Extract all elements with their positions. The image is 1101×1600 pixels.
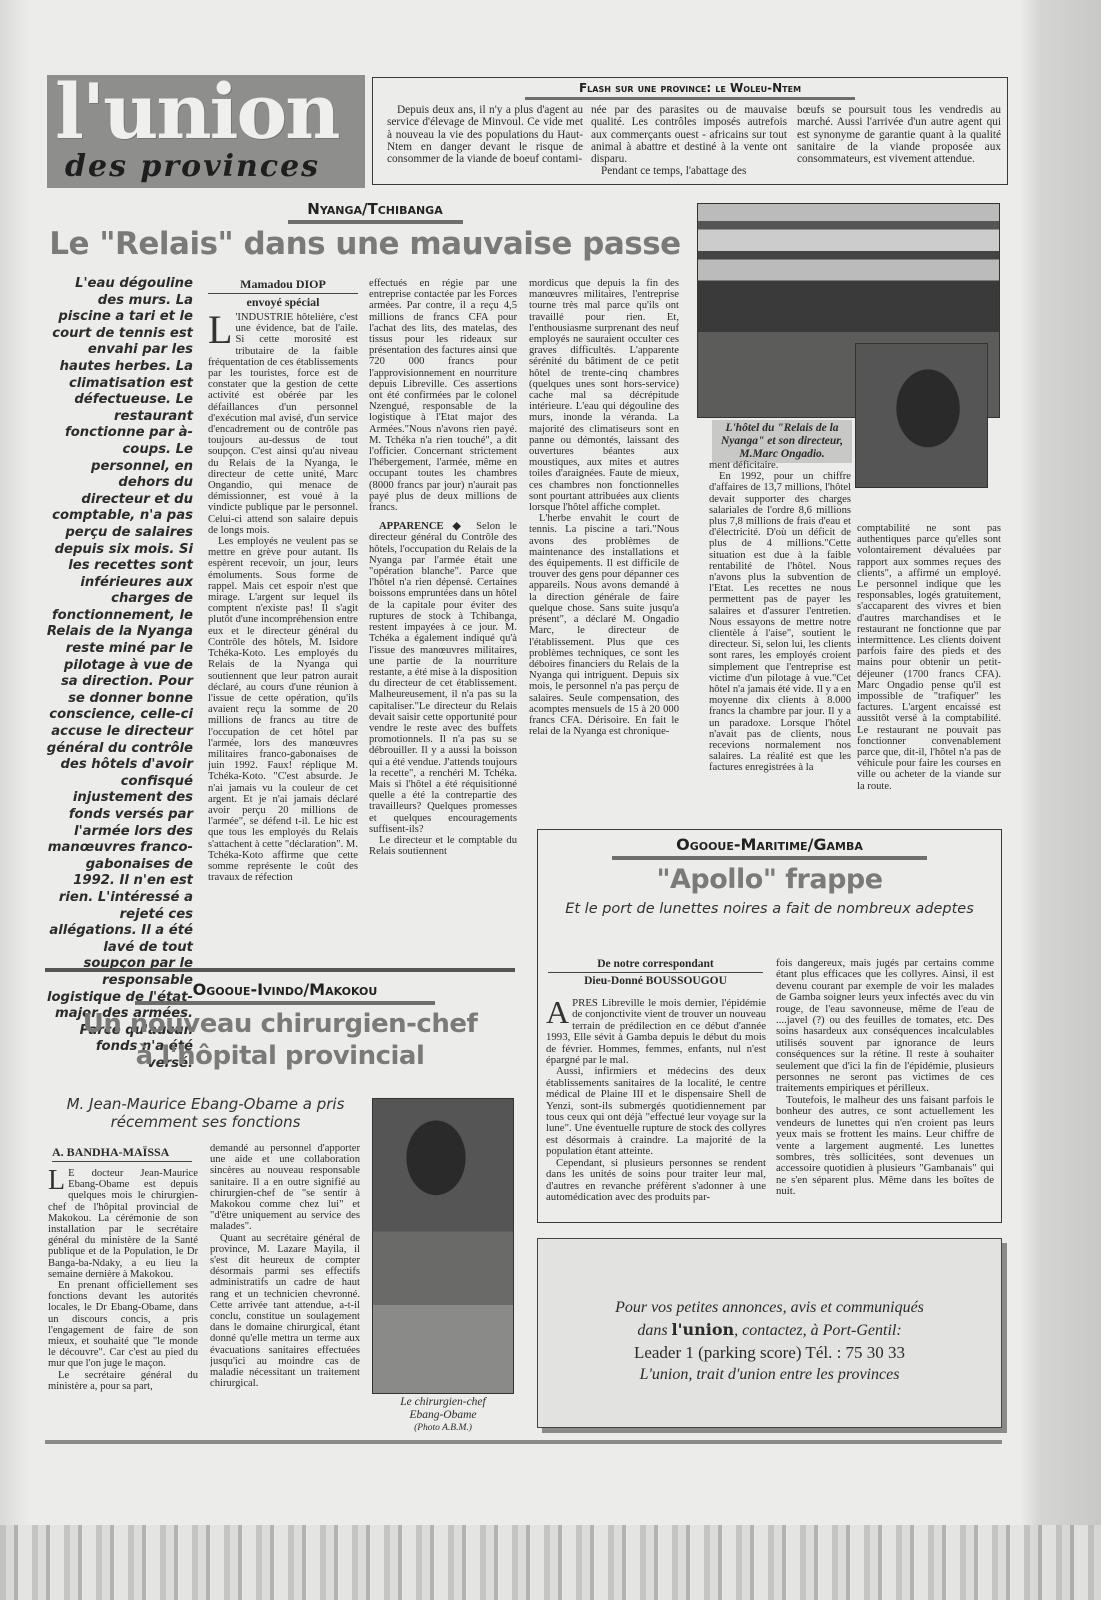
masthead-logo: l'union des provinces xyxy=(47,75,365,188)
relais-column-1: L'INDUSTRIE hôtelière, c'est une évidenc… xyxy=(208,312,358,964)
director-portrait xyxy=(855,343,988,488)
relais-headline: Le "Relais" dans une mauvaise passe xyxy=(40,226,690,262)
flash-column-2: née par des parasites ou de mauvaise qua… xyxy=(591,104,787,182)
flash-column-1: Depuis deux ans, il n'y a plus d'agent a… xyxy=(387,104,583,182)
scan-edge-artifact xyxy=(0,1525,1101,1600)
apollo-kicker: Ogooue-Maritime/Gamba xyxy=(538,835,1001,854)
apollo-byline: De notre correspondant Dieu-Donné BOUSSO… xyxy=(548,958,763,987)
advert-contact: Leader 1 (parking score) Tél. : 75 30 33 xyxy=(538,1343,1001,1363)
relais-column-3: mordicus que depuis la fin des manœuvres… xyxy=(529,278,679,808)
byline-rule xyxy=(548,972,763,973)
apollo-column-1: APRES Libreville le mois dernier, l'épid… xyxy=(546,998,766,1218)
dropcap-l: L xyxy=(208,314,232,346)
relais-author-role: envoyé spécial xyxy=(208,295,358,310)
relais-column-2: effectués en régie par une entreprise co… xyxy=(369,278,517,964)
apollo-headline: "Apollo" frappe xyxy=(538,864,1001,895)
flash-column-3: bœufs se poursuit tous les vendredis au … xyxy=(797,104,1001,182)
flash-kicker: Flash sur une province: le Woleu-Ntem xyxy=(373,81,1007,95)
makokou-headline-line2: à l'hôpital provincial xyxy=(45,1040,515,1072)
advert-slogan: L'union, trait d'union entre les provinc… xyxy=(538,1366,1001,1384)
relais-column-4: ment déficitaire. En 1992, pour un chiff… xyxy=(709,460,851,808)
makokou-headline-line1: Un nouveau chirurgien-chef xyxy=(45,1008,515,1040)
photo-credit: (Photo A.B.M.) xyxy=(372,1422,514,1435)
surgeon-photo-caption: Le chirurgien-chef Ebang-Obame (Photo A.… xyxy=(372,1396,514,1435)
byline-rule xyxy=(208,293,358,294)
relais-photo-caption: L'hôtel du "Relais de la Nyanga" et son … xyxy=(712,420,852,463)
advert-line-2: dans l'union, contactez, à Port-Gentil: xyxy=(538,1320,1001,1340)
apollo-author: Dieu-Donné BOUSSOUGOU xyxy=(548,975,763,987)
makokou-author: A. BANDHA-MAÏSSA xyxy=(52,1145,202,1160)
flash-kicker-bar xyxy=(525,97,855,100)
makokou-column-2: demandé au personnel d'apporter une aide… xyxy=(210,1143,360,1433)
makokou-subhead: M. Jean-Maurice Ebang-Obame a pris récem… xyxy=(48,1095,363,1131)
dropcap-l: L xyxy=(48,1170,65,1192)
relais-kicker-bar xyxy=(288,220,463,224)
dropcap-a: A xyxy=(546,1000,569,1024)
makokou-byline: A. BANDHA-MAÏSSA xyxy=(52,1145,202,1162)
makokou-kicker: Ogooue-Ivindo/Makokou xyxy=(135,980,435,999)
advert-brand: l'union xyxy=(672,1320,735,1339)
page-bottom-rule xyxy=(45,1440,1002,1444)
advert-box: Pour vos petites annonces, avis et commu… xyxy=(537,1238,1002,1428)
apparence-subhead: APPARENCE ◆ xyxy=(379,521,467,532)
section-divider xyxy=(45,968,515,972)
advert-line-1: Pour vos petites annonces, avis et commu… xyxy=(538,1299,1001,1317)
newspaper-page: l'union des provinces Flash sur une prov… xyxy=(0,0,1101,1600)
relais-kicker: Nyanga/Tchibanga xyxy=(250,200,500,218)
makokou-headline: Un nouveau chirurgien-chef à l'hôpital p… xyxy=(45,1008,515,1072)
apollo-author-label: De notre correspondant xyxy=(548,958,763,970)
makokou-column-1: LE docteur Jean-Maurice Ebang-Obame est … xyxy=(48,1168,198,1430)
relais-byline: Mamadou DIOP envoyé spécial xyxy=(208,277,358,310)
flash-province-box: Flash sur une province: le Woleu-Ntem De… xyxy=(372,77,1008,185)
relais-standfirst: L'eau dégouline des murs. La piscine a t… xyxy=(46,276,193,966)
apollo-subhead: Et le port de lunettes noires a fait de … xyxy=(538,901,1001,917)
relais-column-5: comptabilité ne sont pas authentiques pa… xyxy=(857,523,1001,809)
surgeon-photo xyxy=(372,1098,514,1394)
apollo-kicker-bar xyxy=(612,856,927,860)
relais-author: Mamadou DIOP xyxy=(208,277,358,292)
byline-rule xyxy=(52,1161,192,1162)
makokou-kicker-block: Ogooue-Ivindo/Makokou xyxy=(135,980,435,1005)
apollo-article-box: Ogooue-Maritime/Gamba "Apollo" frappe Et… xyxy=(537,829,1002,1223)
masthead-title: l'union xyxy=(55,75,338,156)
apollo-column-2: fois dangereux, mais jugés par certains … xyxy=(776,958,994,1220)
masthead-subtitle: des provinces xyxy=(65,149,320,184)
relais-kicker-block: Nyanga/Tchibanga xyxy=(250,200,500,224)
makokou-kicker-bar xyxy=(135,1001,435,1005)
